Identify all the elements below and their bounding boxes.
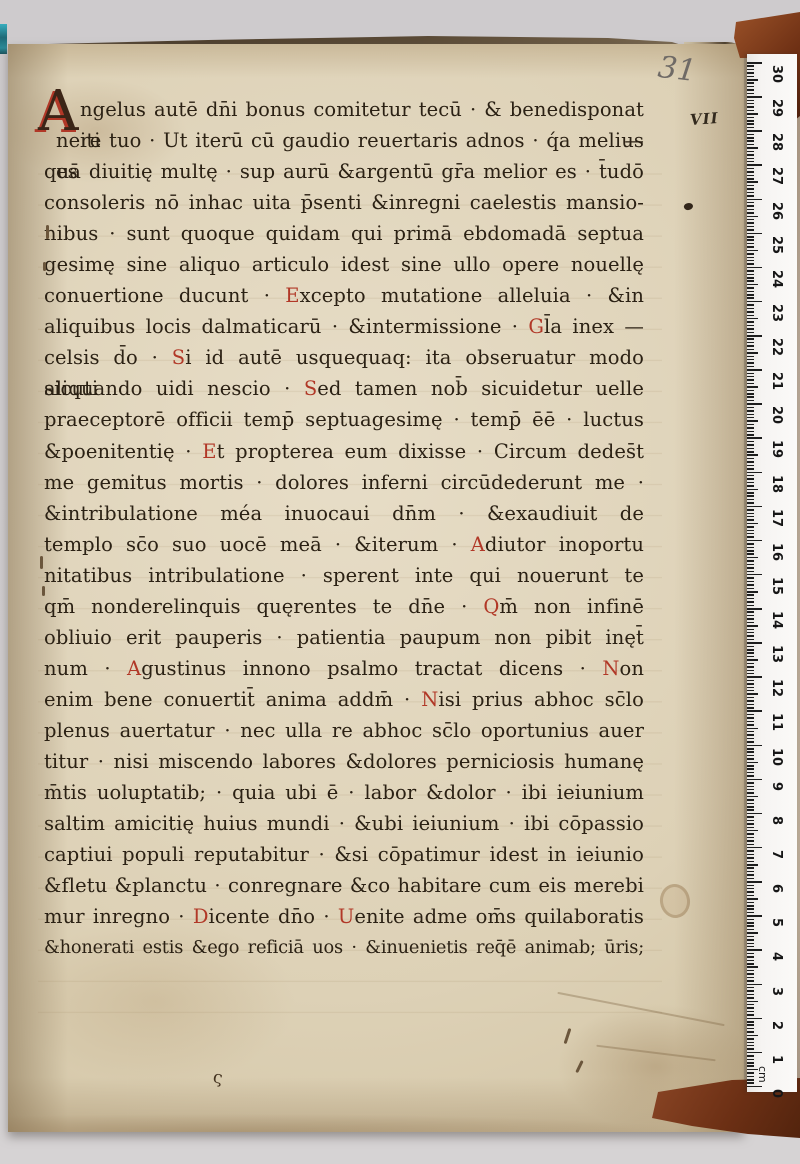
ruler-tick	[747, 86, 754, 88]
ruler-tick	[747, 601, 754, 603]
teal-bookmark	[0, 24, 7, 54]
ruler-number: 8	[770, 816, 783, 825]
text-segment: mur inregno ·	[44, 905, 193, 928]
text-segment: conuertione ducunt ·	[44, 284, 285, 307]
manuscript-text-line: aliquando uidi nescio · Sed tamen nob̄ s…	[44, 373, 644, 404]
ruler-tick	[747, 62, 762, 64]
stitch-mark	[43, 262, 46, 271]
ruler-tick	[747, 816, 754, 818]
manuscript-text-line: mur inregno · Dicente dn̄o · Uenite adme…	[44, 901, 644, 932]
ruler-tick	[747, 830, 758, 832]
ruler-tick	[747, 427, 754, 429]
ruler-tick	[747, 478, 754, 480]
ruler-tick	[747, 444, 754, 446]
ruler-tick	[747, 605, 754, 607]
ruler-number: 2	[770, 1021, 783, 1030]
ruler-tick	[747, 772, 754, 774]
ruler-tick	[747, 902, 754, 904]
ruler-tick	[747, 332, 754, 334]
text-segment: &poenitentię ·	[44, 440, 202, 463]
ruler-tick	[747, 796, 758, 798]
ruler-tick	[747, 475, 754, 477]
ruler-tick	[747, 161, 754, 163]
ruler-tick	[747, 523, 758, 525]
ruler-tick	[747, 813, 762, 815]
text-segment: diutor inoportu	[485, 533, 644, 556]
ruler-tick	[747, 1065, 754, 1067]
ruler: cm 3029282726252423222120191817161514131…	[747, 54, 797, 1092]
ruler-tick	[747, 76, 754, 78]
text-segment: enim bene conuertit̄ anima addm̄ ·	[44, 688, 421, 711]
ruler-tick	[747, 987, 754, 989]
ruler-number: 28	[770, 133, 783, 151]
manuscript-text-line: qm̄ nonderelinquis quęrentes te dn̄e · Q…	[44, 591, 644, 622]
rubric-letter: A	[471, 533, 485, 556]
ruler-tick	[747, 199, 762, 201]
manuscript-text-line: titur · nisi miscendo labores &dolores p…	[44, 746, 644, 777]
ruler-tick	[747, 274, 754, 276]
ruler-number: 1	[770, 1055, 783, 1064]
ruler-tick	[747, 263, 754, 265]
rubric-letter: S	[172, 346, 185, 369]
ruler-number: 18	[770, 475, 783, 493]
ruler-tick	[747, 731, 754, 733]
ruler-tick	[747, 89, 754, 91]
ruler-tick	[747, 827, 754, 829]
ruler-tick	[747, 850, 754, 852]
ruler-tick	[747, 154, 754, 156]
ruler-tick	[747, 741, 754, 743]
ruler-tick	[747, 144, 754, 146]
ruler-tick	[747, 714, 754, 716]
ruler-tick	[747, 158, 754, 160]
text-segment: ed tamen nob̄ sicuidetur uelle	[317, 377, 644, 400]
ruler-tick	[747, 181, 758, 183]
ruler-tick	[747, 867, 754, 869]
ruler-tick	[747, 929, 754, 931]
ruler-number: 14	[770, 611, 783, 629]
ruler-tick	[747, 461, 754, 463]
ruler-tick	[747, 246, 754, 248]
ruler-number: 19	[770, 440, 783, 458]
ruler-tick	[747, 499, 754, 501]
ruler-number: 26	[770, 202, 783, 220]
ruler-tick	[747, 393, 754, 395]
ruler-tick	[747, 233, 762, 235]
ruler-tick	[747, 338, 754, 340]
ruler-tick	[747, 451, 754, 453]
manuscript-text-line: nitatibus intribulatione · sperent inte …	[44, 560, 644, 591]
ruler-tick	[747, 588, 754, 590]
ruler-tick	[747, 304, 754, 306]
ruler-tick	[747, 485, 754, 487]
folio-number: 31	[656, 50, 698, 89]
text-segment: gesimę sine aliquo articulo idest sine u…	[44, 253, 644, 276]
ruler-tick	[747, 202, 754, 204]
ruler-tick	[747, 82, 754, 84]
ruler-unit-label: cm	[757, 1066, 768, 1083]
manuscript-text-line: consoleris nō inhac uita p̄senti &inregn…	[44, 187, 644, 218]
ruler-tick	[747, 758, 754, 760]
ruler-tick	[747, 693, 758, 695]
manuscript-text-line: me gemitus mortis · dolores inferni circ…	[44, 467, 644, 498]
ruler-tick	[747, 93, 754, 95]
ruler-tick	[747, 403, 762, 405]
ruler-tick	[747, 140, 754, 142]
ruler-tick	[747, 533, 754, 535]
ruler-tick	[747, 236, 754, 238]
ruler-tick	[747, 1024, 754, 1026]
ruler-tick	[747, 229, 754, 231]
ruler-tick	[747, 1021, 754, 1023]
ruler-tick	[747, 768, 754, 770]
ruler-tick	[747, 345, 754, 347]
text-segment: m̄tis uoluptatib; · quia ubi ē · labor &…	[44, 781, 644, 804]
ruler-tick	[747, 840, 754, 842]
text-segment: gustinus innono psalmo tractat dicens ·	[141, 657, 602, 680]
ruler-tick	[747, 809, 754, 811]
ruler-tick	[747, 871, 754, 873]
ruler-tick	[747, 1045, 754, 1047]
text-segment: quā diuitię multę · sup aurū &argentū gr…	[44, 160, 644, 183]
ruler-tick	[747, 386, 758, 388]
ruler-tick	[747, 888, 754, 890]
ruler-tick	[747, 728, 758, 730]
ruler-tick	[747, 820, 754, 822]
ruler-tick	[747, 369, 762, 371]
manuscript-text-line: enim bene conuertit̄ anima addm̄ · Nisi …	[44, 684, 644, 715]
ruler-tick	[747, 373, 754, 375]
ruler-number: 5	[770, 918, 783, 927]
text-segment: plenus auertatur · nec ulla re abhoc sc̄…	[44, 719, 644, 742]
ruler-number: 15	[770, 577, 783, 595]
ruler-tick	[747, 465, 754, 467]
ruler-tick	[747, 577, 754, 579]
ruler-tick	[747, 905, 754, 907]
ruler-tick	[747, 806, 754, 808]
ruler-tick	[747, 560, 754, 562]
manuscript-text-line: plenus auertatur · nec ulla re abhoc sc̄…	[44, 715, 644, 746]
rubric-letter: E	[285, 284, 299, 307]
ruler-tick	[747, 861, 754, 863]
ruler-tick	[747, 775, 754, 777]
ruler-number: 6	[770, 884, 783, 893]
text-segment: xcepto mutatione alleluia · &in	[300, 284, 644, 307]
manuscript-text-line: conuertione ducunt · Excepto mutatione a…	[44, 280, 644, 311]
ruler-tick	[747, 164, 762, 166]
ruler-tick	[747, 359, 754, 361]
ruler-tick	[747, 898, 758, 900]
ruler-tick	[747, 977, 754, 979]
ruler-tick	[747, 571, 754, 573]
rubric-letter: Q	[483, 595, 499, 618]
stitch-mark	[40, 556, 43, 569]
ruler-tick	[747, 707, 754, 709]
ruler-tick	[747, 611, 754, 613]
ruler-tick	[747, 1035, 758, 1037]
ruler-tick	[747, 175, 754, 177]
ruler-tick	[747, 171, 754, 173]
ruler-tick	[747, 1082, 754, 1084]
ruler-tick	[747, 953, 754, 955]
ruler-tick	[747, 854, 754, 856]
ruler-tick	[747, 608, 762, 610]
ruler-tick	[747, 786, 754, 788]
ruler-tick	[747, 618, 754, 620]
ruler-number: 12	[770, 679, 783, 697]
text-segment: &honerati estis &ego reficiā uos · &inue…	[44, 937, 644, 958]
ruler-tick	[747, 823, 754, 825]
ruler-tick	[747, 990, 754, 992]
stitch-mark	[46, 225, 49, 239]
ruler-tick	[747, 550, 754, 552]
text-segment: aliquibus locis dalmaticarū · &intermiss…	[44, 315, 528, 338]
ruler-tick	[747, 997, 754, 999]
ruler-number: 27	[770, 167, 783, 185]
ruler-tick	[747, 123, 754, 125]
ruler-tick	[747, 547, 754, 549]
ruler-tick	[747, 352, 758, 354]
ruler-tick	[747, 844, 754, 846]
ruler-tick	[747, 516, 754, 518]
ruler-number: 4	[770, 952, 783, 961]
manuscript-text-line: praeceptorē officii temp̄ septuagesimę ·…	[44, 404, 644, 435]
ruler-tick	[747, 113, 758, 115]
ruler-tick	[747, 311, 754, 313]
ruler-tick	[747, 833, 754, 835]
ruler-tick	[747, 908, 754, 910]
ruler-tick	[747, 301, 762, 303]
ruler-tick	[747, 454, 758, 456]
ruler-tick	[747, 448, 754, 450]
ruler-tick	[747, 356, 754, 358]
ruler-number: 11	[770, 713, 783, 731]
ruler-tick	[747, 315, 754, 317]
text-segment: nitatibus intribulatione · sperent inte …	[44, 564, 644, 587]
ruler-tick	[747, 936, 754, 938]
ruler-tick	[747, 970, 754, 972]
ruler-tick	[747, 745, 762, 747]
ruler-tick	[747, 110, 754, 112]
ruler-tick	[747, 738, 754, 740]
manuscript-text-line: nibus · sunt quoque quidam qui primā ebd…	[44, 218, 644, 249]
ruler-tick	[747, 417, 754, 419]
rubric-letter: G	[528, 315, 544, 338]
ruler-tick	[747, 1018, 762, 1020]
manuscript-text-line: &poenitentię · Et propterea eum dixisse …	[44, 436, 644, 467]
ruler-tick	[747, 799, 754, 801]
ruler-tick	[747, 250, 758, 252]
ruler-tick	[747, 205, 754, 207]
text-segment: on	[619, 657, 644, 680]
ruler-tick	[747, 96, 762, 98]
ruler-tick	[747, 441, 754, 443]
ruler-tick	[747, 687, 754, 689]
ruler-tick	[747, 1059, 754, 1061]
ruler-tick	[747, 120, 754, 122]
ruler-tick	[747, 117, 754, 119]
ruler-tick	[747, 994, 754, 996]
quire-number: VII	[689, 109, 719, 129]
ruler-tick	[747, 1011, 754, 1013]
ruler-tick	[747, 308, 754, 310]
ruler-tick	[747, 700, 754, 702]
text-segment: isi prius abhoc sc̄lo	[438, 688, 644, 711]
ruler-tick	[747, 956, 754, 958]
text-segment: titur · nisi miscendo labores &dolores p…	[44, 750, 644, 773]
ruler-tick	[747, 598, 754, 600]
ruler-tick	[747, 949, 762, 951]
ruler-tick	[747, 625, 758, 627]
ruler-tick	[747, 557, 758, 559]
ruler-tick	[747, 420, 758, 422]
ruler-tick	[747, 980, 754, 982]
ruler-tick	[747, 513, 754, 515]
ruler-tick	[747, 584, 754, 586]
manuscript-text-line: gesimę sine aliquo articulo idest sine u…	[44, 249, 644, 280]
ruler-tick	[747, 765, 754, 767]
text-segment: l̄a inex —	[544, 315, 644, 338]
ruler-tick	[747, 130, 762, 132]
ruler-tick	[747, 734, 754, 736]
ruler-tick	[747, 178, 754, 180]
ruler-tick	[747, 318, 758, 320]
ruler-tick	[747, 379, 754, 381]
text-segment: saltim amicitię huius mundi · &ubi ieiun…	[44, 812, 644, 835]
ruler-tick	[747, 69, 754, 71]
ruler-tick	[747, 103, 754, 105]
ruler-tick	[747, 151, 754, 153]
ruler-tick	[747, 147, 758, 149]
ruler-tick	[747, 431, 754, 433]
text-segment: praeceptorē officii temp̄ septuagesimę ·…	[44, 408, 644, 431]
ruler-tick	[747, 646, 754, 648]
manuscript-text-line: templo sc̄o suo uocē meā · &iterum · Adi…	[44, 529, 644, 560]
manuscript-text-line: num · Agustinus innono psalmo tractat di…	[44, 653, 644, 684]
manuscript-text-line: &fletu &planctu · conregnare &co habitar…	[44, 870, 644, 901]
text-block: A ngelus autē dn̄i bonus comitetur tecū …	[44, 94, 644, 963]
ruler-number: 20	[770, 406, 783, 424]
ruler-tick	[747, 134, 754, 136]
rubric-letter: N	[602, 657, 619, 680]
ruler-tick	[747, 656, 754, 658]
ruler-tick	[747, 642, 762, 644]
ruler-tick	[747, 755, 754, 757]
ruler-number: 16	[770, 543, 783, 561]
ruler-tick	[747, 188, 754, 190]
ruler-tick	[747, 925, 754, 927]
ruler-tick	[747, 1076, 754, 1078]
ruler-tick	[747, 410, 754, 412]
text-segment: m̄ non infinē	[499, 595, 644, 618]
ruler-tick	[747, 615, 754, 617]
text-segment: &fletu &planctu · conregnare &co habitar…	[44, 874, 644, 897]
ruler-tick	[747, 885, 754, 887]
manuscript-text-line: &honerati estis &ego reficiā uos · &inue…	[44, 932, 644, 963]
ruler-tick	[747, 632, 754, 634]
ruler-tick	[747, 390, 754, 392]
ruler-tick	[747, 137, 754, 139]
ruler-tick	[747, 1028, 754, 1030]
ruler-tick	[747, 676, 762, 678]
ruler-tick	[747, 697, 754, 699]
rubric-letter: E	[202, 440, 216, 463]
manuscript-text-line: quā diuitię multę · sup aurū &argentū gr…	[44, 156, 644, 187]
ruler-tick	[747, 803, 754, 805]
ruler-tick	[747, 540, 762, 542]
ruler-tick	[747, 287, 754, 289]
ruler-tick	[747, 984, 762, 986]
manuscript-text-line: m̄tis uoluptatib; · quia ubi ē · labor &…	[44, 777, 644, 808]
ruler-tick	[747, 652, 754, 654]
ruler-tick	[747, 1062, 754, 1064]
text-segment: aliquando uidi nescio ·	[44, 377, 304, 400]
ruler-tick	[747, 127, 754, 129]
ruler-number: 13	[770, 645, 783, 663]
ruler-tick	[747, 270, 754, 272]
ruler-tick	[747, 649, 754, 651]
ruler-tick	[747, 1079, 754, 1081]
ruler-tick	[747, 349, 754, 351]
ruler-tick	[747, 635, 754, 637]
text-segment: qm̄ nonderelinquis quęrentes te dn̄e ·	[44, 595, 483, 618]
text-segment: me gemitus mortis · dolores inferni circ…	[44, 471, 644, 494]
ruler-tick	[747, 342, 754, 344]
ruler-number: 9	[770, 782, 783, 791]
ruler-tick	[747, 748, 754, 750]
manuscript-text-line: celsis d̄o · Si id autē usquequaq: ita o…	[44, 342, 644, 373]
ruler-tick	[747, 912, 754, 914]
ruler-tick	[747, 106, 754, 108]
manuscript-text-line: saltim amicitię huius mundi · &ubi ieiun…	[44, 808, 644, 839]
ruler-number: 21	[770, 372, 783, 390]
ruler-number: 17	[770, 509, 783, 527]
ruler-tick	[747, 919, 754, 921]
rubric-letter: A	[127, 657, 141, 680]
ruler-tick	[747, 489, 758, 491]
ruler-tick	[747, 325, 754, 327]
manuscript-text-line: aliquibus locis dalmaticarū · &intermiss…	[44, 311, 644, 342]
ruler-tick	[747, 960, 754, 962]
ruler-tick	[747, 222, 754, 224]
manuscript-text-line: obliuio erit pauperis · patientia paupum…	[44, 622, 644, 653]
ruler-tick	[747, 195, 754, 197]
ruler-tick	[747, 666, 754, 668]
ruler-tick	[747, 1014, 754, 1016]
ruler-number: 24	[770, 270, 783, 288]
ruler-tick	[747, 495, 754, 497]
ruler-tick	[747, 670, 754, 672]
ruler-tick	[747, 526, 754, 528]
ruler-tick	[747, 1007, 754, 1009]
ruler-tick	[747, 717, 754, 719]
ruler-tick	[747, 100, 754, 102]
ruler-tick	[747, 253, 754, 255]
ruler-tick	[747, 973, 754, 975]
ruler-tick	[747, 216, 758, 218]
ruler-tick	[747, 297, 754, 299]
ruler-tick	[747, 509, 754, 511]
ruler-tick	[747, 267, 762, 269]
ruler-tick	[747, 946, 754, 948]
rubric-initial: A	[38, 84, 78, 140]
ruler-tick	[747, 280, 754, 282]
ruler-tick	[747, 663, 754, 665]
ruler-tick	[747, 874, 754, 876]
text-segment: t propterea eum dixisse · Circum dedes̄t	[217, 440, 644, 463]
ruler-tick	[747, 209, 754, 211]
ruler-tick	[747, 857, 754, 859]
